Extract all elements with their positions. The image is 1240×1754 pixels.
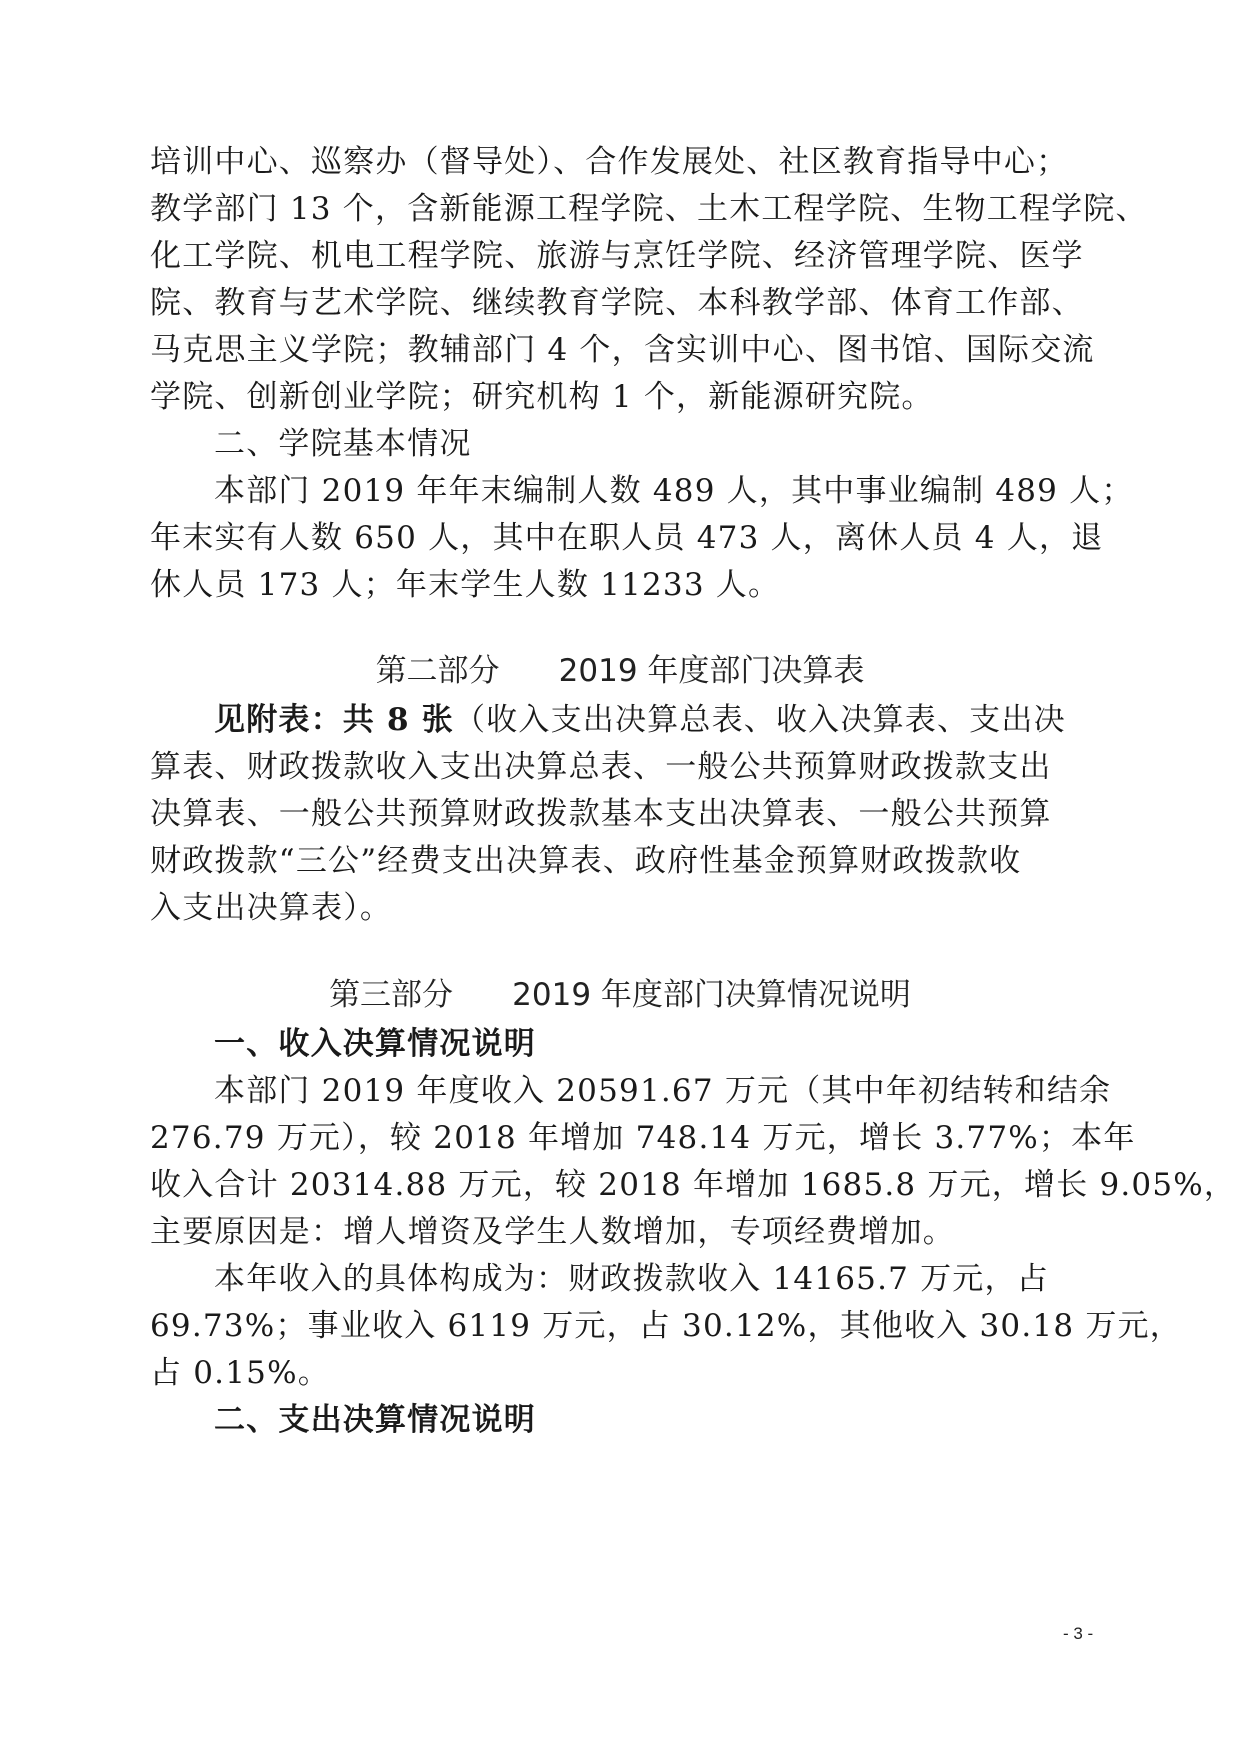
body-text-line: 本部门 2019 年年末编制人数 489 人，其中事业编制 489 人；	[214, 465, 1164, 517]
body-text-line: 院、教育与艺术学院、继续教育学院、本科教学部、体育工作部、	[150, 277, 1100, 329]
section-heading-income: 一、收入决算情况说明	[214, 1018, 1164, 1070]
body-text-line: 算表、财政拨款收入支出决算总表、一般公共预算财政拨款支出	[150, 741, 1100, 793]
body-text-line: 财政拨款“三公”经费支出决算表、政府性基金预算财政拨款收	[150, 835, 1100, 887]
body-text-line: 69.73%；事业收入 6119 万元，占 30.12%，其他收入 30.18 …	[150, 1300, 1100, 1352]
body-text-line: 培训中心、巡察办（督导处）、合作发展处、社区教育指导中心；	[150, 136, 1100, 188]
attachments-lead: 见附表：共 8 张	[214, 702, 454, 738]
body-text-line: 休人员 173 人；年末学生人数 11233 人。	[150, 559, 1100, 611]
body-text-line: 收入合计 20314.88 万元，较 2018 年增加 1685.8 万元，增长…	[150, 1159, 1100, 1211]
body-text-line: 决算表、一般公共预算财政拨款基本支出决算表、一般公共预算	[150, 788, 1100, 840]
body-text-line: 276.79 万元），较 2018 年增加 748.14 万元，增长 3.77%…	[150, 1112, 1100, 1164]
body-text-line: 马克思主义学院；教辅部门 4 个，含实训中心、图书馆、国际交流	[150, 324, 1100, 376]
body-text-line: 教学部门 13 个，含新能源工程学院、土木工程学院、生物工程学院、	[150, 183, 1100, 235]
body-text-line: 本年收入的具体构成为：财政拨款收入 14165.7 万元，占	[214, 1253, 1164, 1305]
part-2-title: 第二部分 2019 年度部门决算表	[0, 645, 1240, 697]
body-text-line: 化工学院、机电工程学院、旅游与烹饪学院、经济管理学院、医学	[150, 230, 1100, 282]
body-text-line: 学院、创新创业学院；研究机构 1 个，新能源研究院。	[150, 371, 1100, 423]
section-heading-expense: 二、支出决算情况说明	[214, 1394, 1164, 1446]
body-text-line: 占 0.15%。	[150, 1347, 1100, 1399]
body-text-line: 入支出决算表）。	[150, 882, 1100, 934]
document-page: 培训中心、巡察办（督导处）、合作发展处、社区教育指导中心； 教学部门 13 个，…	[0, 0, 1240, 1754]
attachments-list: （收入支出决算总表、收入决算表、支出决	[454, 702, 1066, 738]
part-3-title: 第三部分 2019 年度部门决算情况说明	[0, 969, 1240, 1021]
body-text-line: 主要原因是：增人增资及学生人数增加，专项经费增加。	[150, 1206, 1100, 1258]
body-text-line: 年末实有人数 650 人，其中在职人员 473 人，离休人员 4 人，退	[150, 512, 1100, 564]
section-heading-basic-info: 二、学院基本情况	[214, 418, 1164, 470]
attachments-line: 见附表：共 8 张（收入支出决算总表、收入决算表、支出决	[214, 694, 1164, 746]
page-number: - 3 -	[1063, 1624, 1093, 1644]
body-text-line: 本部门 2019 年度收入 20591.67 万元（其中年初结转和结余	[214, 1065, 1164, 1117]
